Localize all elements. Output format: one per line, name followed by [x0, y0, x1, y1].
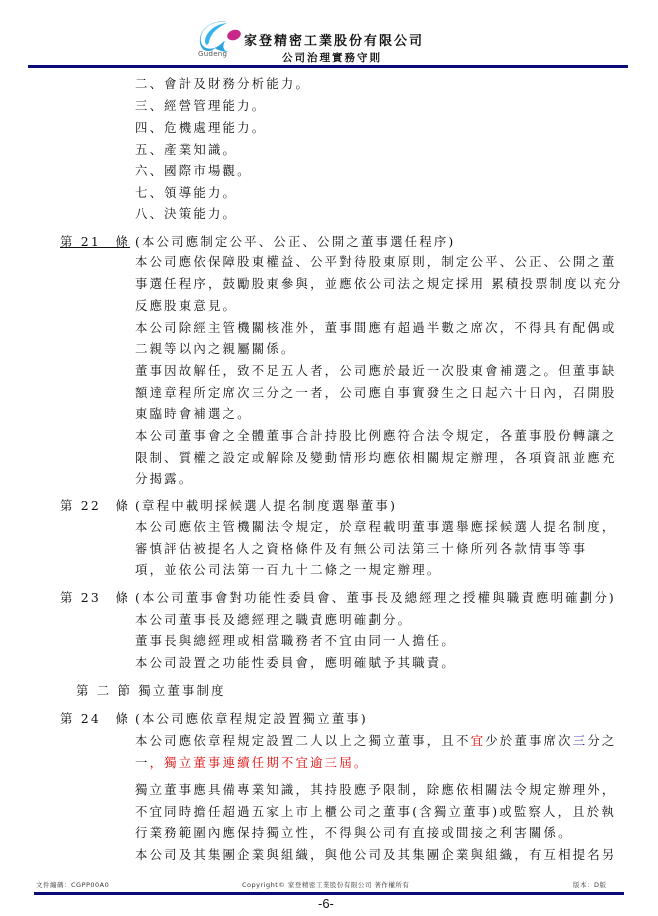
paragraph-line: 本公司董事長及總經理之職責應明確劃分。 [135, 612, 412, 628]
paragraph-line: 本公司除經主管機關核准外，董事間應有超過半數之席次，不得具有配偶或 [135, 320, 617, 336]
document-page: Gudeng 家登精密工業股份有限公司 公司治理實務守則 二、會計及財務分析能力… [0, 0, 658, 916]
article-title: (本公司應依章程規定設置獨立董事) [135, 711, 368, 727]
logo-text: Gudeng [198, 50, 227, 58]
article-title: (本公司應制定公平、公正、公開之董事選任程序) [135, 234, 455, 250]
paragraph-line: 分揭露。 [135, 471, 193, 487]
article-title: (本公司董事會對功能性委員會、董事長及總經理之授權與職責應明確劃分) [135, 590, 616, 606]
paragraph-line: 本公司應依保障股東權益、公平對待股東原則，制定公平、公正、公開之董 [135, 254, 617, 270]
paragraph-line: 獨立董事應具備專業知識，其持股應予限制，除應依相關法令規定辦理外， [135, 782, 617, 798]
page-number: -6- [318, 896, 334, 911]
version-label: 版本：D版 [573, 880, 607, 889]
revised-text: ，獨立董事連續任期不宜逾三屆。 [150, 755, 369, 770]
list-item: 八、決策能力。 [135, 206, 237, 222]
revised-text: 宜 [471, 733, 486, 748]
article-24-heading: 第 24 條 (本公司應依章程規定設置獨立董事) [60, 711, 130, 727]
paragraph-line: 東臨時會補選之。 [135, 406, 252, 422]
article-23-heading: 第 23 條 (本公司董事會對功能性委員會、董事長及總經理之授權與職責應明確劃分… [60, 590, 130, 606]
paragraph-line: 本公司董事會之全體董事合計持股比例應符合法令規定，各董事股份轉讓之 [135, 428, 617, 444]
article-22-heading: 第 22 條 (章程中載明採候選人提名制度選舉董事) [60, 498, 130, 514]
paragraph-line: 董事長與總經理或相當職務者不宜由同一人擔任。 [135, 633, 456, 649]
list-item: 三、經營管理能力。 [135, 98, 266, 114]
text-run: 一 [135, 755, 150, 770]
article-number: 第 24 條 [60, 711, 130, 727]
paragraph-line: 額達章程所定席次三分之一者，公司應自事實發生之日起六十日內，召開股 [135, 385, 617, 401]
page-header: Gudeng 家登精密工業股份有限公司 公司治理實務守則 [0, 0, 658, 70]
article-21-heading: 第 21 條 (本公司應制定公平、公正、公開之董事選任程序) [60, 234, 130, 250]
paragraph-line: 董事因故解任，致不足五人者，公司應於最近一次股東會補選之。但董事缺 [135, 363, 617, 379]
list-item: 五、產業知識。 [135, 142, 237, 158]
paragraph-line: 本公司及其集團企業與組織，與他公司及其集團企業與組織，有互相提名另 [135, 847, 617, 863]
section-heading: 第 二 節 獨立董事制度 [76, 683, 226, 699]
article-number: 第 23 條 [60, 590, 130, 606]
copyright-notice: Copyright© 家登精密工業股份有限公司 著作權所有 [242, 880, 409, 889]
paragraph-line: 不宜同時擔任超過五家上市上櫃公司之董事(含獨立董事)或監察人，且於執 [135, 804, 616, 820]
paragraph-line: 項，並依公司法第一百九十二條之一規定辦理。 [135, 562, 441, 578]
list-item: 七、領導能力。 [135, 185, 237, 201]
paragraph-line: 本公司應依章程規定設置二人以上之獨立董事，且不宜少於董事席次三分之 [135, 733, 617, 749]
article-title: (章程中載明採候選人提名制度選舉董事) [135, 498, 397, 514]
paragraph-line: 事選任程序，鼓勵股東參與，並應依公司法之規定採用 累積投票制度以充分 [135, 276, 623, 292]
document-title: 公司治理實務守則 [282, 50, 382, 65]
text-run: 少於董事席次 [485, 733, 573, 748]
paragraph-line: 行業務範圍內應保持獨立性，不得與公司有直接或間接之利害關係。 [135, 825, 573, 841]
text-run: 分之 [587, 733, 616, 748]
footer-divider [34, 892, 624, 895]
paragraph-line: 反應股東意見。 [135, 298, 237, 314]
article-number: 第 21 條 [60, 234, 130, 250]
document-code: 文件編碼：CGPP00A0 [36, 880, 109, 889]
list-item: 四、危機處理能力。 [135, 120, 266, 136]
paragraph-line: 本公司應依主管機關法令規定，於章程載明董事選舉應採候選人提名制度， [135, 519, 617, 535]
list-item: 二、會計及財務分析能力。 [135, 76, 310, 92]
paragraph-line: 本公司設置之功能性委員會，應明確賦予其職責。 [135, 655, 456, 671]
list-item: 六、國際市場觀。 [135, 163, 252, 179]
revised-text: 三 [573, 733, 588, 748]
header-divider [28, 65, 628, 68]
paragraph-line: 一，獨立董事連續任期不宜逾三屆。 [135, 755, 368, 771]
paragraph-line: 二親等以內之親屬關係。 [135, 341, 296, 357]
company-name: 家登精密工業股份有限公司 [244, 30, 424, 49]
paragraph-line: 審慎評估被提名人之資格條件及有無公司法第三十條所列各款情事等事 [135, 541, 587, 557]
article-number: 第 22 條 [60, 498, 130, 514]
paragraph-line: 限制、質權之設定或解除及變動情形均應依相關規定辦理，各項資訊並應充 [135, 450, 617, 466]
text-run: 本公司應依章程規定設置二人以上之獨立董事，且不 [135, 733, 471, 748]
